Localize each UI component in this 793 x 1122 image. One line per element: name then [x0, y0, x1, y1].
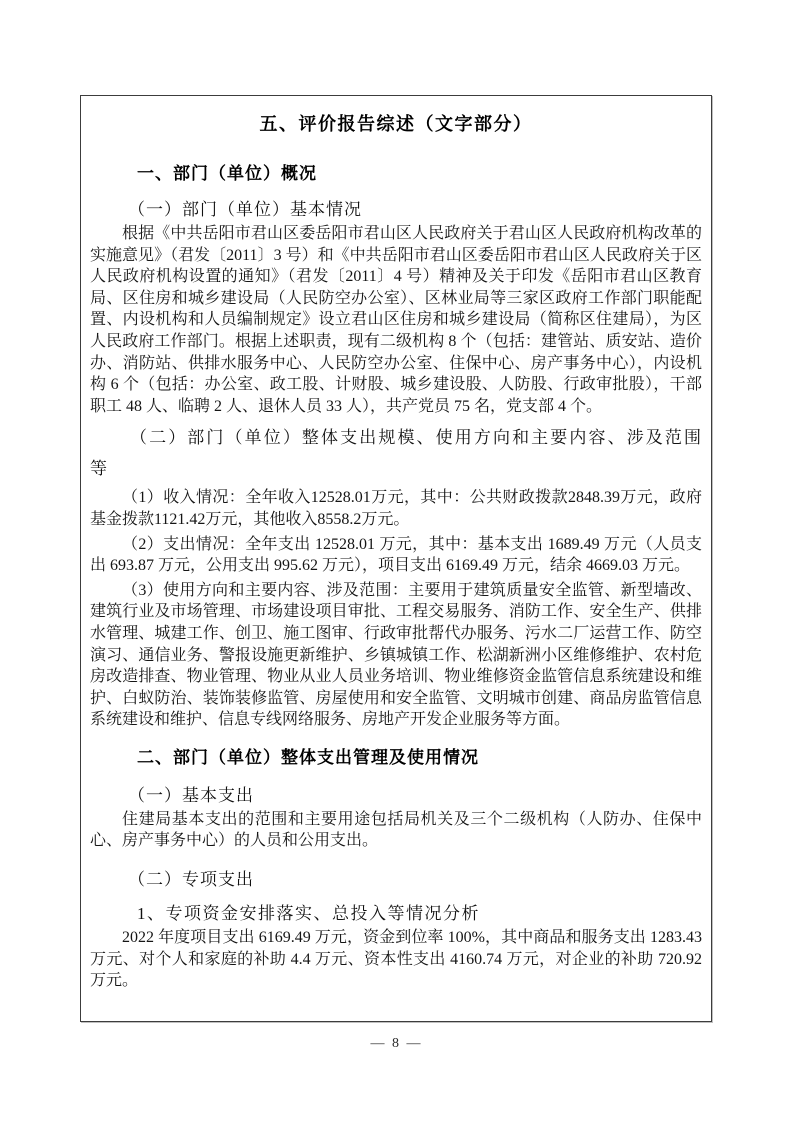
subsection-heading-special-expenditure: （二）专项支出 — [90, 865, 702, 890]
paragraph-basic-situation: 根据《中共岳阳市君山区委岳阳市君山区人民政府关于君山区人民政府机构改革的实施意见… — [90, 223, 702, 417]
paragraph-basic-expenditure: 住建局基本支出的范围和主要用途包括局机关及三个二级机构（人防办、住保中心、房产事… — [90, 809, 702, 852]
subsection-heading-basic-expenditure: （一）基本支出 — [90, 781, 702, 806]
paragraph-fund-arrangement-analysis: 2022 年度项目支出 6169.49 万元，资金到位率 100%，其中商品和服… — [90, 927, 702, 992]
item-heading-fund-arrangement-analysis: 1、专项资金安排落实、总投入等情况分析 — [90, 899, 702, 924]
subsection-heading-expenditure-scope-line1: （二）部门（单位）整体支出规模、使用方向和主要内容、涉及范围 — [90, 422, 702, 453]
subsection-heading-expenditure-scope-line2: 等 — [90, 453, 702, 484]
paragraph-usage-direction: （3）使用方向和主要内容、涉及范围：主要用于建筑质量安全监管、新型墙改、建筑行业… — [90, 580, 702, 731]
section-heading-expenditure-management: 二、部门（单位）整体支出管理及使用情况 — [90, 743, 702, 768]
subsection-heading-expenditure-scope: （二）部门（单位）整体支出规模、使用方向和主要内容、涉及范围 等 — [90, 422, 702, 484]
page-number: — 8 — — [0, 1036, 793, 1052]
paragraph-expenditure-situation: （2）支出情况：全年支出 12528.01 万元，其中：基本支出 1689.49… — [90, 534, 702, 577]
paragraph-income-situation: （1）收入情况：全年收入12528.01万元，其中：公共财政拨款2848.39万… — [90, 487, 702, 530]
page-border-frame: 五、评价报告综述（文字部分） 一、部门（单位）概况 （一）部门（单位）基本情况 … — [80, 95, 712, 1022]
subsection-heading-basic-situation: （一）部门（单位）基本情况 — [90, 195, 702, 220]
document-title: 五、评价报告综述（文字部分） — [90, 110, 702, 136]
section-heading-overview: 一、部门（单位）概况 — [90, 159, 702, 184]
document-page: 五、评价报告综述（文字部分） 一、部门（单位）概况 （一）部门（单位）基本情况 … — [0, 0, 793, 1122]
